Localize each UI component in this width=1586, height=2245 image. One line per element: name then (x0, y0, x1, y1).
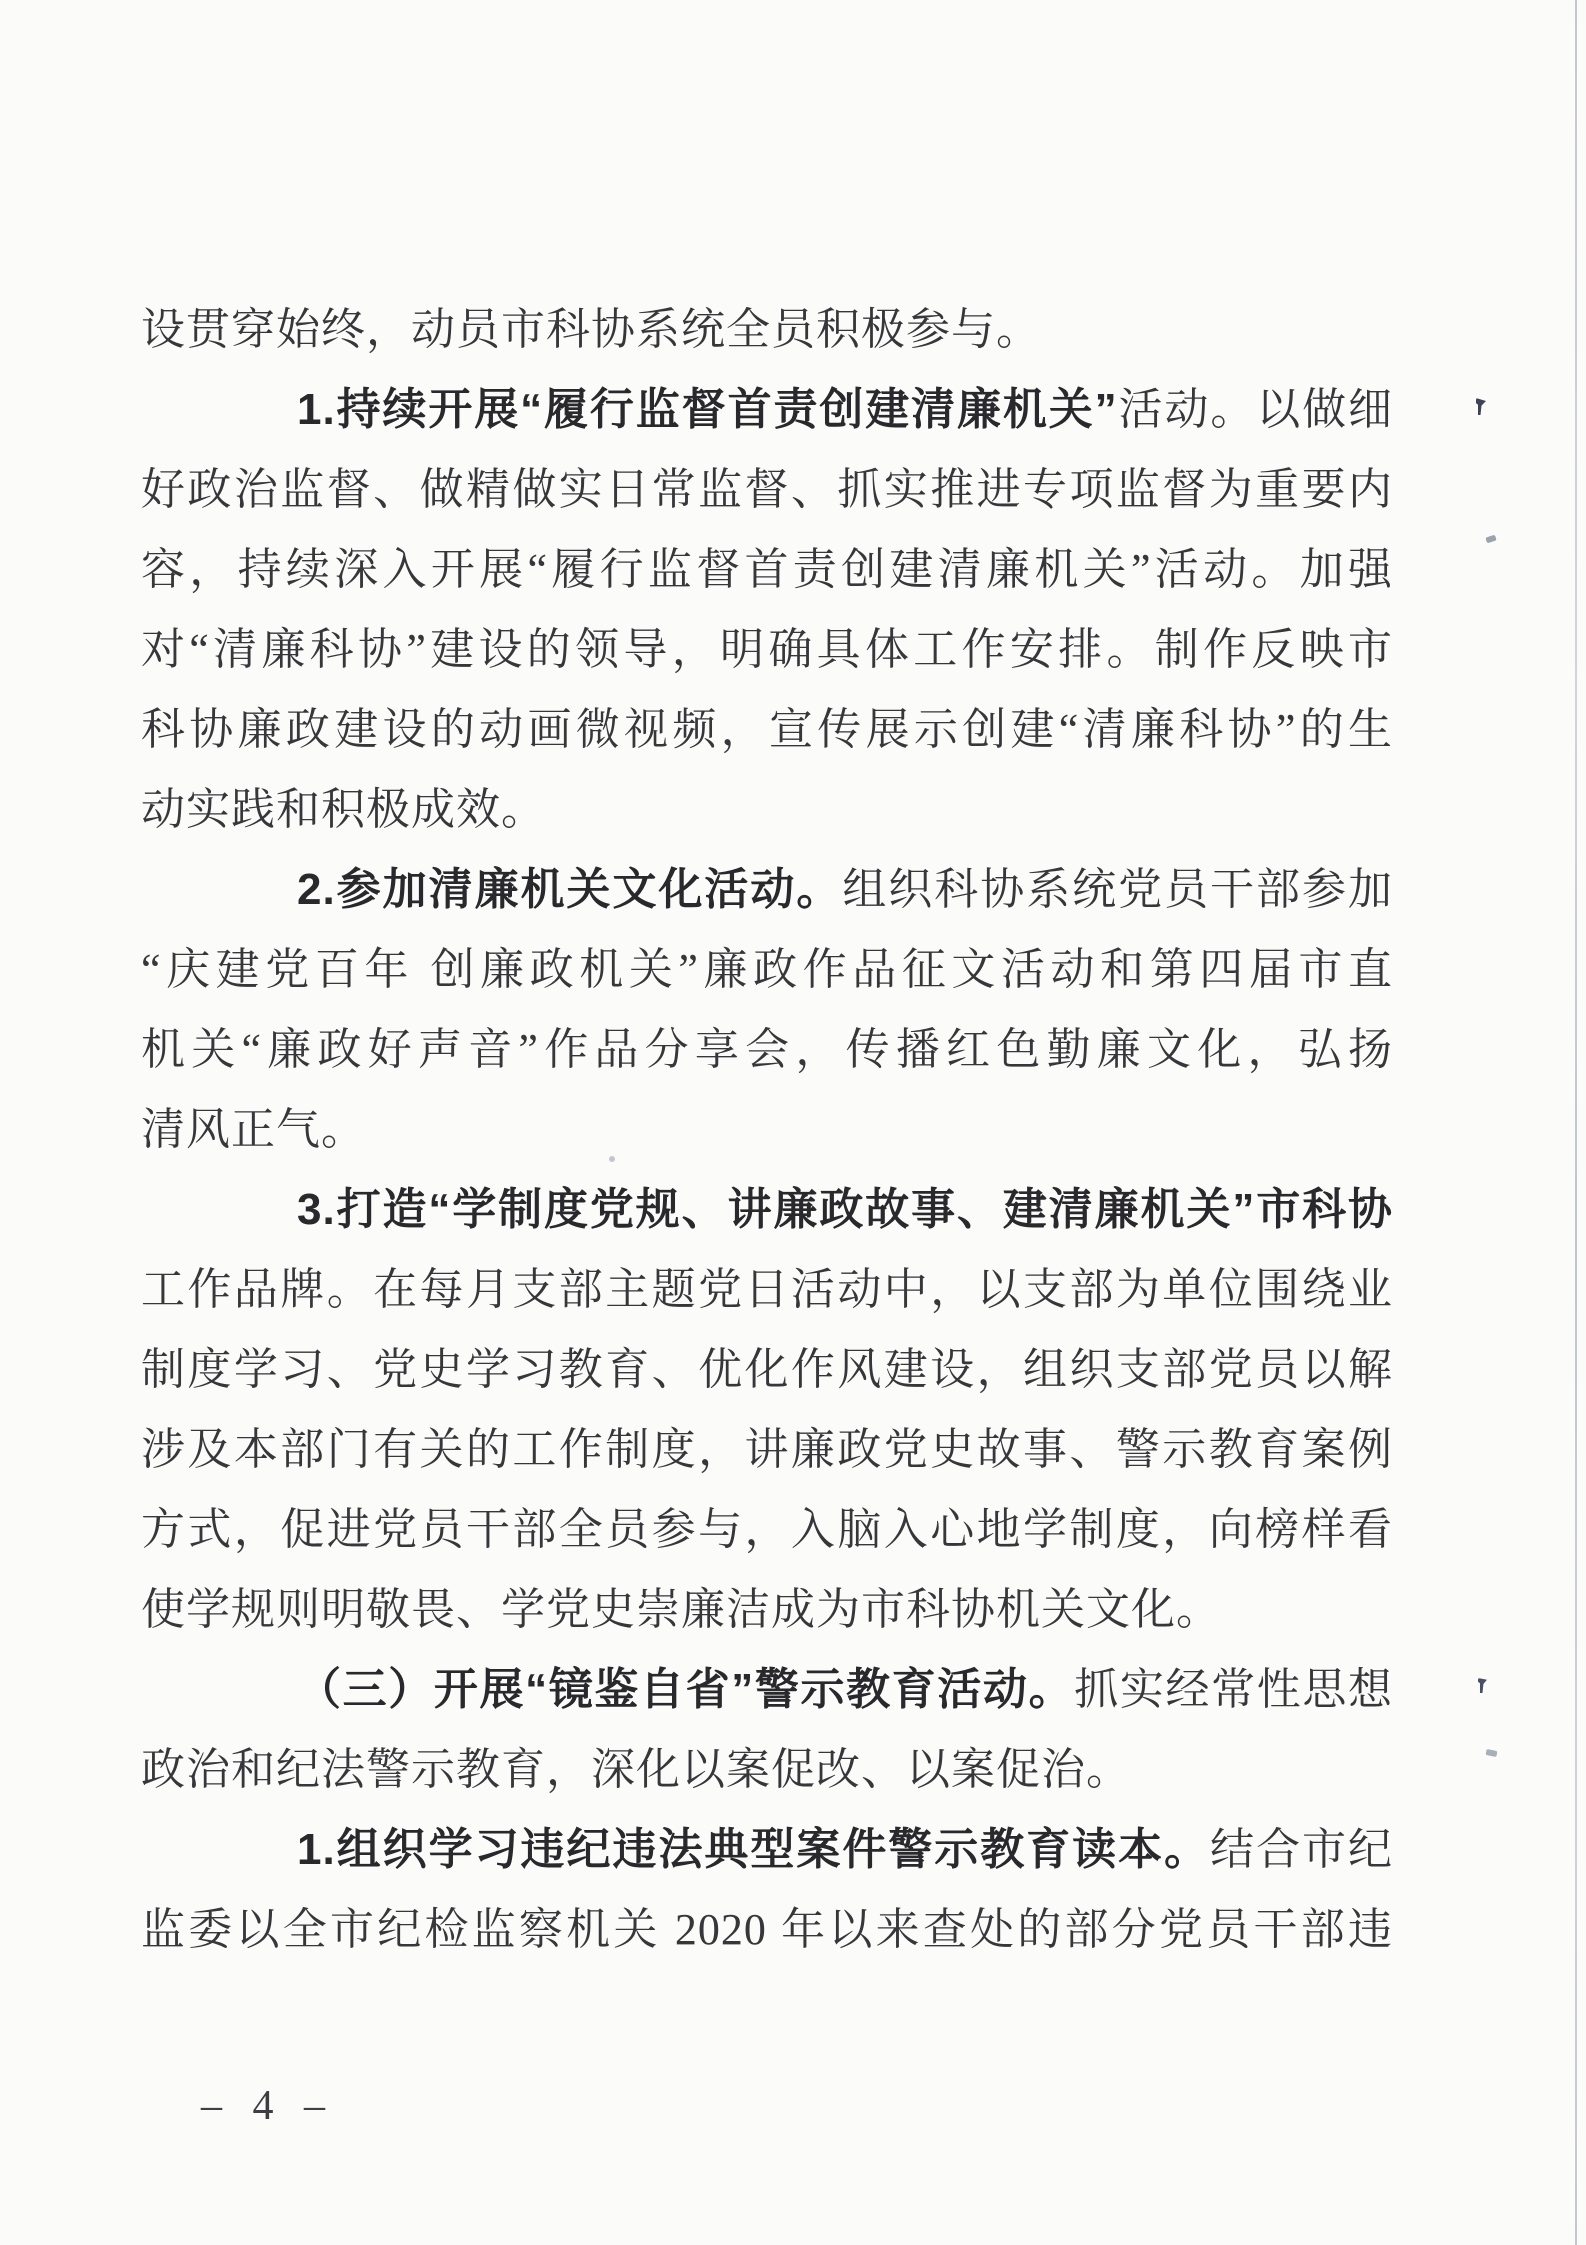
text-run: 科协廉政建设的动画微视频，宣传展示创建“清廉科协”的生 (141, 705, 1393, 754)
text-line: 1.持续开展“履行监督首责创建清廉机关”活动。以做细做 (141, 370, 1393, 450)
text-run: 好政治监督、做精做实日常监督、抓实推进专项监督为重要内 (141, 465, 1393, 514)
text-run: 使学规则明敬畏、学党史崇廉洁成为市科协机关文化。 (141, 1585, 1221, 1634)
text-line: 机关“廉政好声音”作品分享会，传播红色勤廉文化，弘扬 (141, 1010, 1393, 1090)
text-run: “庆建党百年 创廉政机关”廉政作品征文活动和第四届市直 (141, 945, 1393, 994)
text-run: 设贯穿始终，动员市科协系统全员积极参与。 (141, 305, 1041, 354)
text-run: 监委以全市纪检监察机关 2020 年以来查处的部分党员干部违 (141, 1905, 1393, 1954)
text-run: 政治和纪法警示教育，深化以案促改、以案促治。 (141, 1745, 1131, 1794)
page-number: – 4 – (201, 2082, 335, 2130)
bold-text-run: 3.打造“学制度党规、讲廉政故事、建清廉机关”市科协纪检 (141, 1185, 1393, 1250)
scan-speck (1485, 535, 1496, 544)
text-run: 组织科协系统党员干部参加 (842, 865, 1393, 914)
text-run: 工作品牌。在每月支部主题党日活动中，以支部为单位围绕业务 (141, 1265, 1393, 1330)
text-run: 对“清廉科协”建设的领导，明确具体工作安排。制作反映市 (141, 625, 1393, 674)
bold-text-run: 2.参加清廉机关文化活动。 (297, 865, 842, 914)
text-line: 方式，促进党员干部全员参与，入脑入心地学制度，向榜样看齐， (141, 1490, 1393, 1570)
scan-speck (609, 1156, 615, 1162)
scan-speck (1485, 1749, 1497, 1757)
text-run: 清风正气。 (141, 1105, 366, 1154)
text-line: 1.组织学习违纪违法典型案件警示教育读本。结合市纪委 (141, 1810, 1393, 1890)
text-run: 制度学习、党史学习教育、优化作风建设，组织支部党员以解读 (141, 1345, 1393, 1410)
text-line: 工作品牌。在每月支部主题党日活动中，以支部为单位围绕业务 (141, 1250, 1393, 1330)
bold-text-run: 1.持续开展“履行监督首责创建清廉机关” (297, 385, 1118, 434)
text-line: 对“清廉科协”建设的领导，明确具体工作安排。制作反映市 (141, 610, 1393, 690)
text-line: 2.参加清廉机关文化活动。组织科协系统党员干部参加 (141, 850, 1393, 930)
bold-text-run: 1.组织学习违纪违法典型案件警示教育读本。 (297, 1825, 1210, 1874)
text-run: 方式，促进党员干部全员参与，入脑入心地学制度，向榜样看齐， (141, 1505, 1393, 1570)
text-run: 容，持续深入开展“履行监督首责创建清廉机关”活动。加强 (141, 545, 1393, 594)
scanned-document-page: 设贯穿始终，动员市科协系统全员积极参与。1.持续开展“履行监督首责创建清廉机关”… (0, 0, 1586, 2245)
text-line: 3.打造“学制度党规、讲廉政故事、建清廉机关”市科协纪检 (141, 1170, 1393, 1250)
text-run: 抓实经常性思想 (1074, 1665, 1393, 1714)
scan-speck (1478, 1678, 1487, 1693)
text-run: 涉及本部门有关的工作制度，讲廉政党史故事、警示教育案例的 (141, 1425, 1393, 1490)
text-line: 制度学习、党史学习教育、优化作风建设，组织支部党员以解读 (141, 1330, 1393, 1410)
document-body: 设贯穿始终，动员市科协系统全员积极参与。1.持续开展“履行监督首责创建清廉机关”… (141, 290, 1393, 1970)
text-line: 清风正气。 (141, 1090, 1393, 1170)
text-run: 动实践和积极成效。 (141, 785, 546, 834)
text-run: 机关“廉政好声音”作品分享会，传播红色勤廉文化，弘扬 (141, 1025, 1393, 1074)
text-line: 设贯穿始终，动员市科协系统全员积极参与。 (141, 290, 1393, 370)
text-line: 监委以全市纪检监察机关 2020 年以来查处的部分党员干部违 (141, 1890, 1393, 1970)
text-line: 容，持续深入开展“履行监督首责创建清廉机关”活动。加强 (141, 530, 1393, 610)
text-line: 使学规则明敬畏、学党史崇廉洁成为市科协机关文化。 (141, 1570, 1393, 1650)
text-line: 涉及本部门有关的工作制度，讲廉政党史故事、警示教育案例的 (141, 1410, 1393, 1490)
text-line: “庆建党百年 创廉政机关”廉政作品征文活动和第四届市直 (141, 930, 1393, 1010)
bold-text-run: （三）开展“镜鉴自省”警示教育活动。 (297, 1665, 1074, 1714)
scan-edge-line (1575, 0, 1577, 2245)
text-line: 科协廉政建设的动画微视频，宣传展示创建“清廉科协”的生 (141, 690, 1393, 770)
text-line: 动实践和积极成效。 (141, 770, 1393, 850)
text-line: （三）开展“镜鉴自省”警示教育活动。抓实经常性思想 (141, 1650, 1393, 1730)
text-line: 好政治监督、做精做实日常监督、抓实推进专项监督为重要内 (141, 450, 1393, 530)
scan-speck (1476, 398, 1486, 415)
text-line: 政治和纪法警示教育，深化以案促改、以案促治。 (141, 1730, 1393, 1810)
